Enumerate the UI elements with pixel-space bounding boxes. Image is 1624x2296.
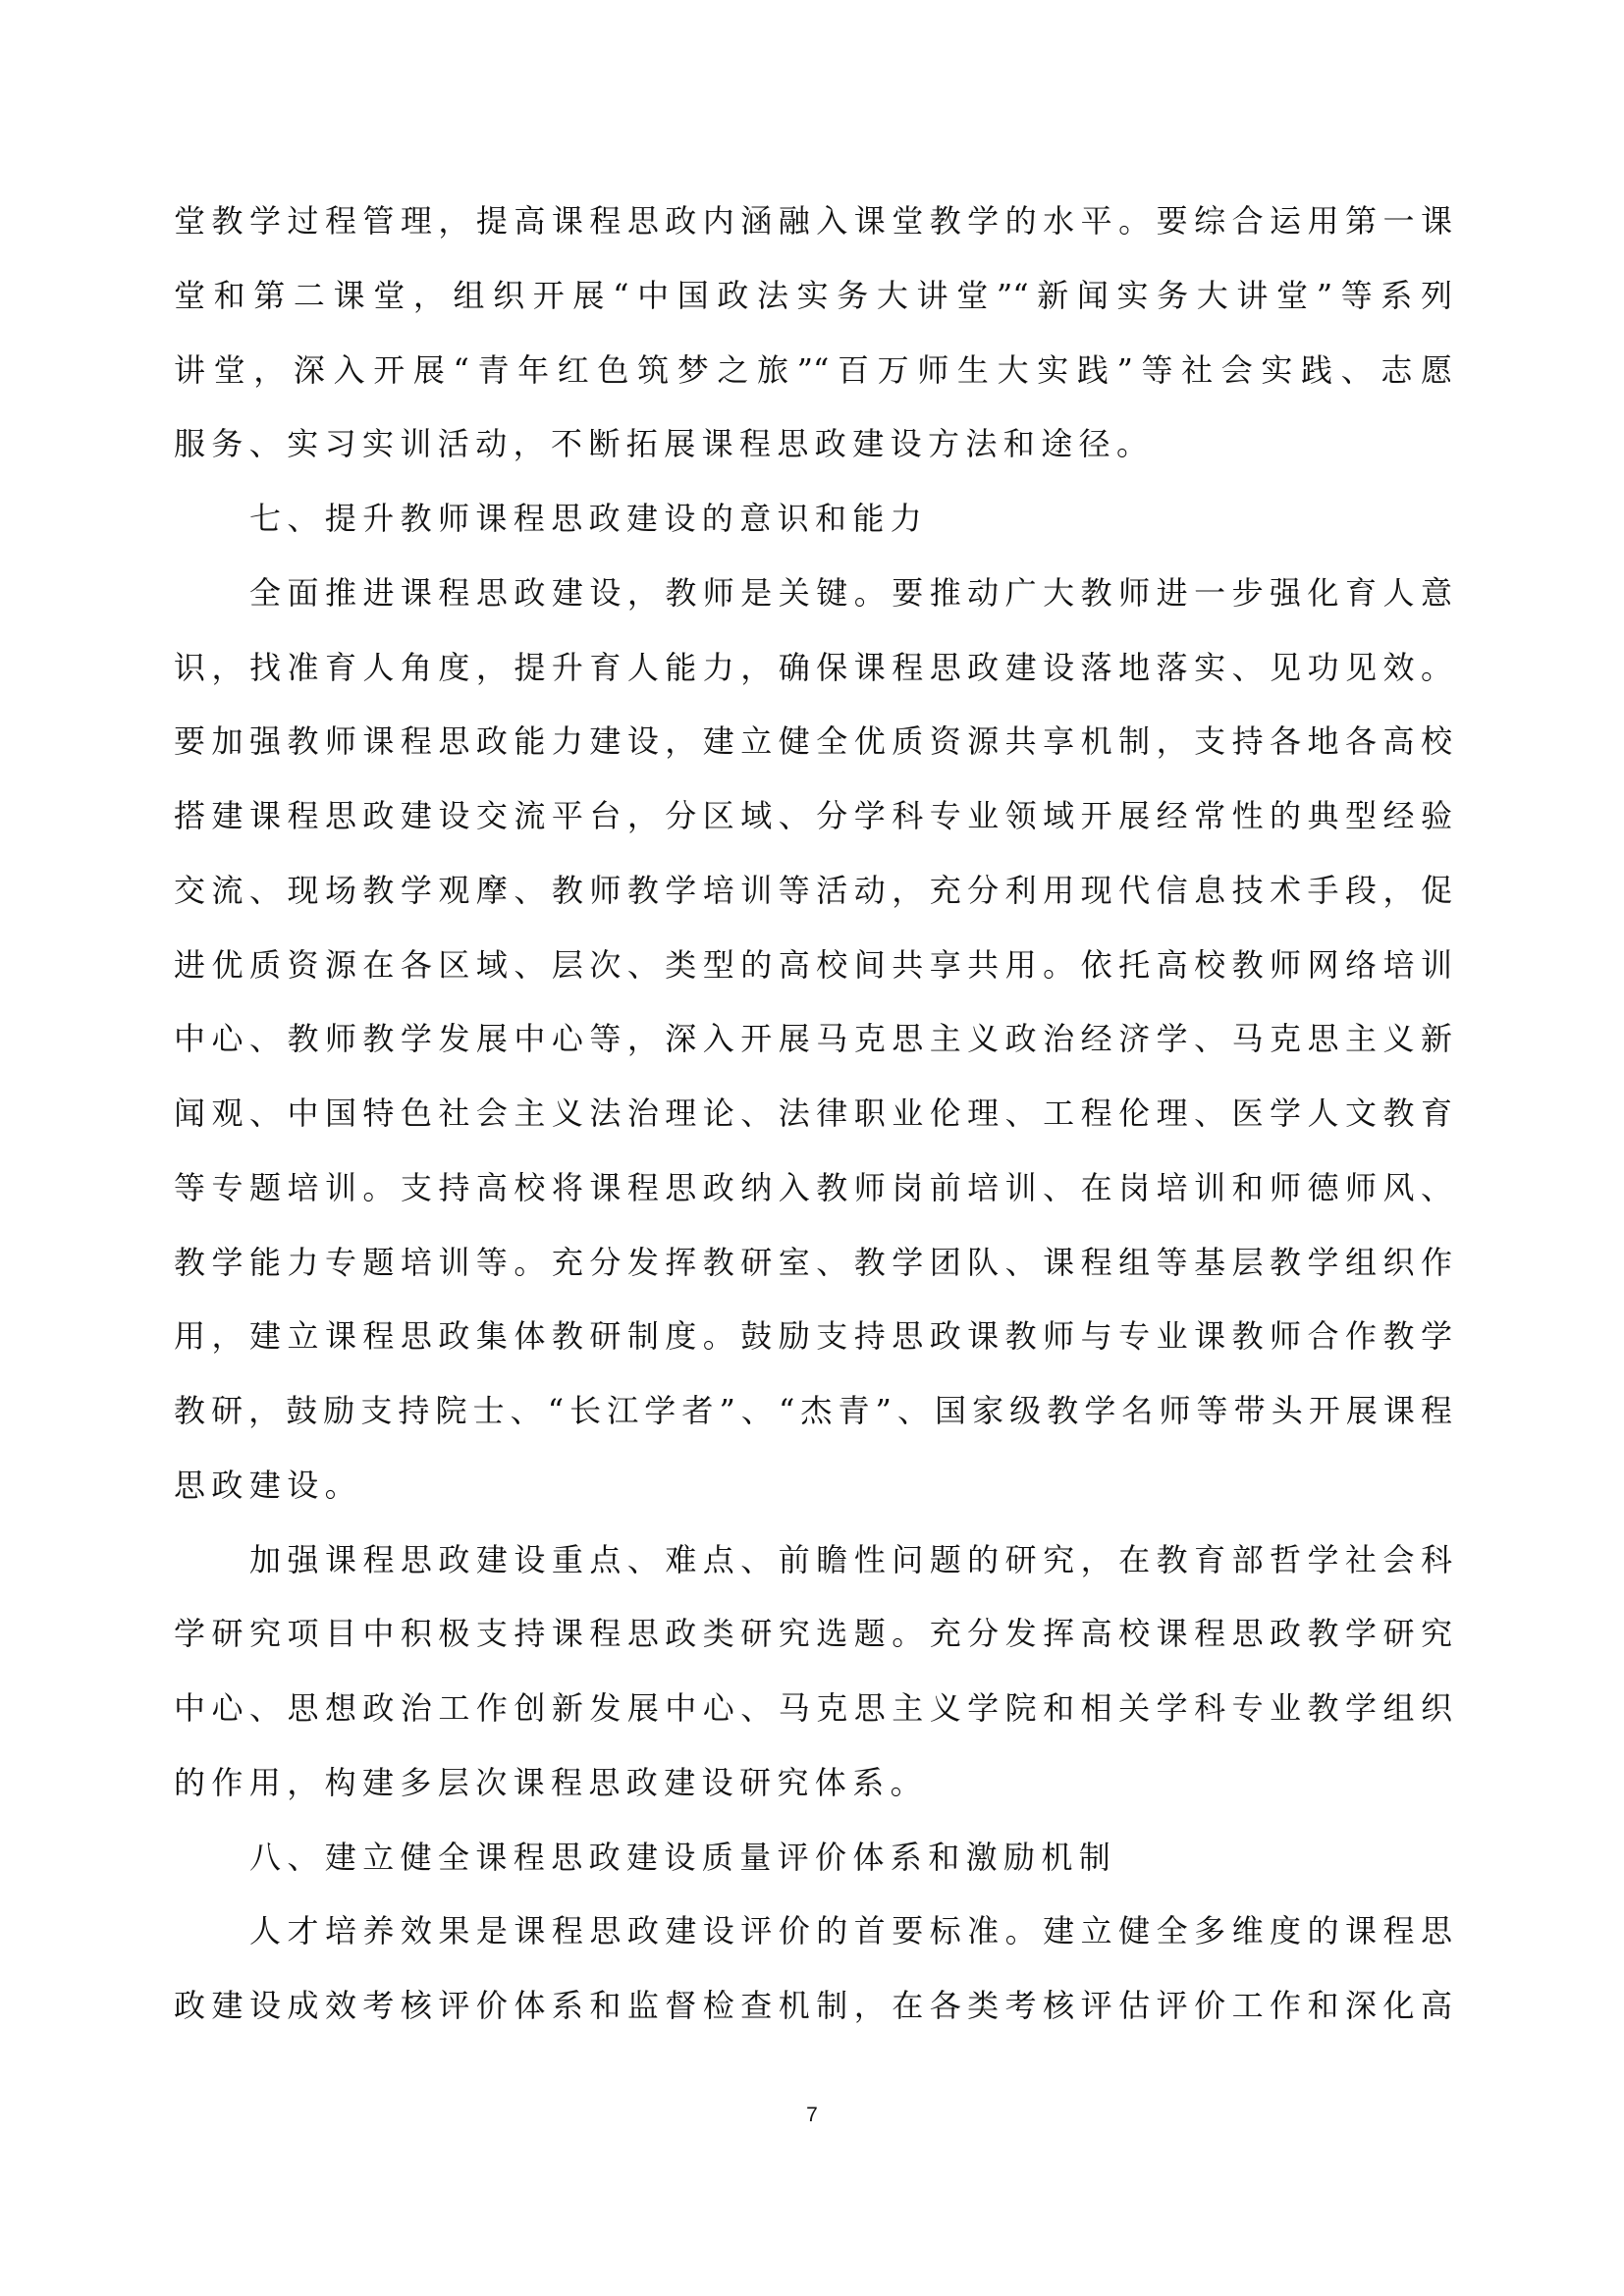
document-page: 堂教学过程管理，提高课程思政内涵融入课堂教学的水平。要综合运用第一课 堂和第二课… (0, 0, 1624, 2296)
text-line: 堂和第二课堂，组织开展“中国政法实务大讲堂”“新闻实务大讲堂”等系列 (174, 259, 1452, 334)
text-line: 中心、教师教学发展中心等，深入开展马克思主义政治经济学、马克思主义新 (174, 1002, 1452, 1077)
text-line: 教学能力专题培训等。充分发挥教研室、教学团队、课程组等基层教学组织作 (174, 1226, 1452, 1301)
paragraph-first-line: 全面推进课程思政建设，教师是关键。要推动广大教师进一步强化育人意 (174, 557, 1452, 631)
text-line: 要加强教师课程思政能力建设，建立健全优质资源共享机制，支持各地各高校 (174, 705, 1452, 779)
document-body: 堂教学过程管理，提高课程思政内涵融入课堂教学的水平。要综合运用第一课 堂和第二课… (174, 185, 1452, 2044)
paragraph-last-line: 服务、实习实训活动，不断拓展课程思政建设方法和途径。 (174, 407, 1452, 482)
section-heading-7: 七、提升教师课程思政建设的意识和能力 (174, 482, 1452, 557)
section-heading-8: 八、建立健全课程思政建设质量评价体系和激励机制 (174, 1821, 1452, 1896)
paragraph-first-line: 人才培养效果是课程思政建设评价的首要标准。建立健全多维度的课程思 (174, 1895, 1452, 1969)
text-line: 识，找准育人角度，提升育人能力，确保课程思政建设落地落实、见功见效。 (174, 631, 1452, 706)
text-line: 堂教学过程管理，提高课程思政内涵融入课堂教学的水平。要综合运用第一课 (174, 185, 1452, 259)
paragraph-first-line: 加强课程思政建设重点、难点、前瞻性问题的研究，在教育部哲学社会科 (174, 1523, 1452, 1598)
text-line: 搭建课程思政建设交流平台，分区域、分学科专业领域开展经常性的典型经验 (174, 779, 1452, 854)
text-line: 中心、思想政治工作创新发展中心、马克思主义学院和相关学科专业教学组织 (174, 1672, 1452, 1746)
text-line: 交流、现场教学观摩、教师教学培训等活动，充分利用现代信息技术手段，促 (174, 854, 1452, 929)
text-line: 闻观、中国特色社会主义法治理论、法律职业伦理、工程伦理、医学人文教育 (174, 1077, 1452, 1151)
paragraph-last-line: 的作用，构建多层次课程思政建设研究体系。 (174, 1746, 1452, 1821)
text-line: 教研，鼓励支持院士、“长江学者”、“杰青”、国家级教学名师等带头开展课程 (174, 1374, 1452, 1449)
text-line: 政建设成效考核评价体系和监督检查机制，在各类考核评估评价工作和深化高 (174, 1969, 1452, 2044)
text-line: 学研究项目中积极支持课程思政类研究选题。充分发挥高校课程思政教学研究 (174, 1597, 1452, 1672)
text-line: 进优质资源在各区域、层次、类型的高校间共享共用。依托高校教师网络培训 (174, 929, 1452, 1003)
paragraph-last-line: 思政建设。 (174, 1449, 1452, 1523)
text-line: 用，建立课程思政集体教研制度。鼓励支持思政课教师与专业课教师合作教学 (174, 1300, 1452, 1374)
text-line: 讲堂，深入开展“青年红色筑梦之旅”“百万师生大实践”等社会实践、志愿 (174, 334, 1452, 408)
page-number: 7 (802, 2104, 822, 2127)
text-line: 等专题培训。支持高校将课程思政纳入教师岗前培训、在岗培训和师德师风、 (174, 1151, 1452, 1226)
